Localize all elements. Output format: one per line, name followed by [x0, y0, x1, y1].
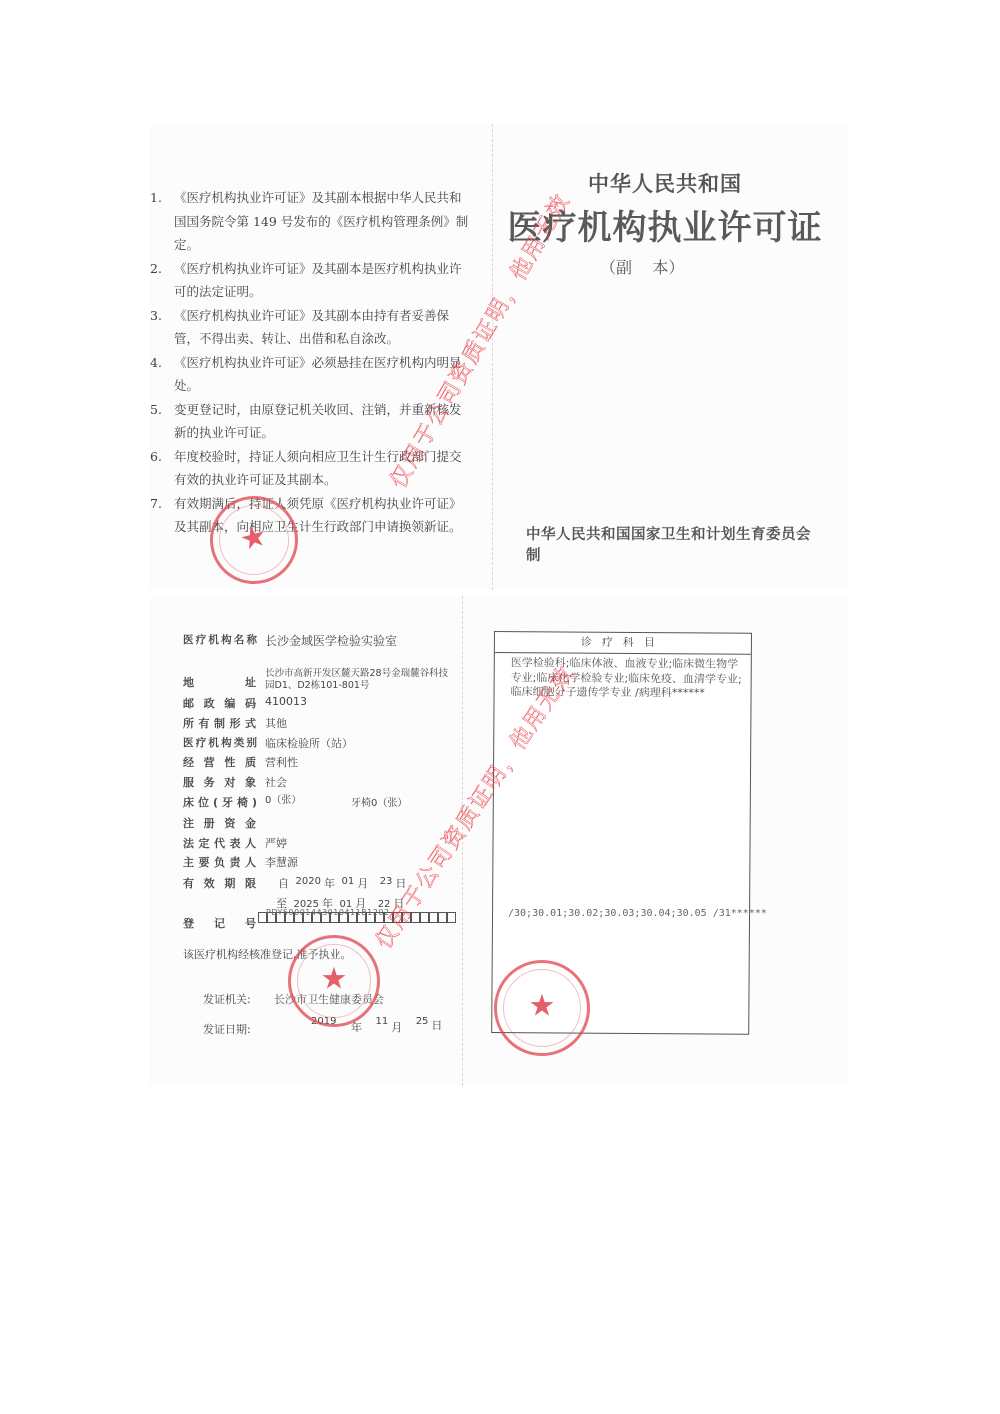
- field-registration: 登记号: [183, 915, 257, 931]
- field-validity: 有效期限: [183, 875, 257, 891]
- star-icon: ★: [529, 992, 556, 1022]
- note-item: 4.《医疗机构执业许可证》必须悬挂在医疗机构内明显处。: [150, 351, 470, 398]
- field-principal: 主要负责人 李慧源: [183, 854, 298, 870]
- field-service: 服务对象 社会: [183, 774, 287, 790]
- issuer-footer: 中华人民共和国国家卫生和计划生育委员会制: [526, 523, 816, 565]
- note-item: 1.《医疗机构执业许可证》及其副本根据中华人民共和国国务院令第 149 号发布的…: [150, 186, 470, 257]
- note-item: 3.《医疗机构执业许可证》及其副本由持有者妥善保管，不得出卖、转让、出借和私自涂…: [150, 304, 470, 351]
- field-institution-name: 医疗机构名称 长沙金域医学检验实验室: [183, 632, 397, 649]
- field-beds: 床位(牙椅) 0（张） 牙椅0（张）: [183, 794, 407, 810]
- star-icon: ★: [237, 521, 271, 557]
- star-icon: ★: [321, 965, 348, 995]
- fold-line-top: [492, 124, 493, 590]
- validity-from: 自 2020年 01月 23日: [278, 875, 406, 891]
- issuing-org-label: 发证机关:: [203, 991, 251, 1007]
- license-notes: 1.《医疗机构执业许可证》及其副本根据中华人民共和国国务院令第 149 号发布的…: [150, 186, 470, 539]
- field-postcode: 邮政编码 410013: [183, 695, 307, 711]
- company-seal-bottom: 长沙金域医学检验实验室有限公司 ★: [494, 960, 590, 1056]
- scope-title: 诊疗科目: [495, 632, 751, 655]
- note-item: 7.有效期满后，持证人须凭原《医疗机构执业许可证》及其副本，向相应卫生计生行政部…: [150, 492, 470, 539]
- country-name: 中华人民共和国: [520, 168, 810, 198]
- scope-codes: /30;30.01;30.02;30.03;30.04;30.05 /31***…: [508, 908, 768, 920]
- field-ownership: 所有制形式 其他: [183, 715, 287, 731]
- registration-number: PDY50001443010411B1202: [266, 908, 390, 917]
- field-capital: 注册资金: [183, 815, 265, 831]
- authority-seal: 长沙市卫生健康委员会 ★: [288, 935, 380, 1027]
- field-nature: 经营性质 营利性: [183, 754, 298, 770]
- issue-date-label: 发证日期:: [203, 1021, 251, 1037]
- field-category: 医疗机构类别 临床检验所（站）: [183, 735, 353, 751]
- field-legal-rep: 法定代表人 严婷: [183, 835, 287, 851]
- note-item: 2.《医疗机构执业许可证》及其副本是医疗机构执业许可的法定证明。: [150, 257, 470, 304]
- field-address: 地址 长沙市高新开发区麓天路28号金瑞麓谷科技园D1、D2栋101-801号: [183, 668, 455, 692]
- document-subtitle: （副 本）: [600, 255, 730, 278]
